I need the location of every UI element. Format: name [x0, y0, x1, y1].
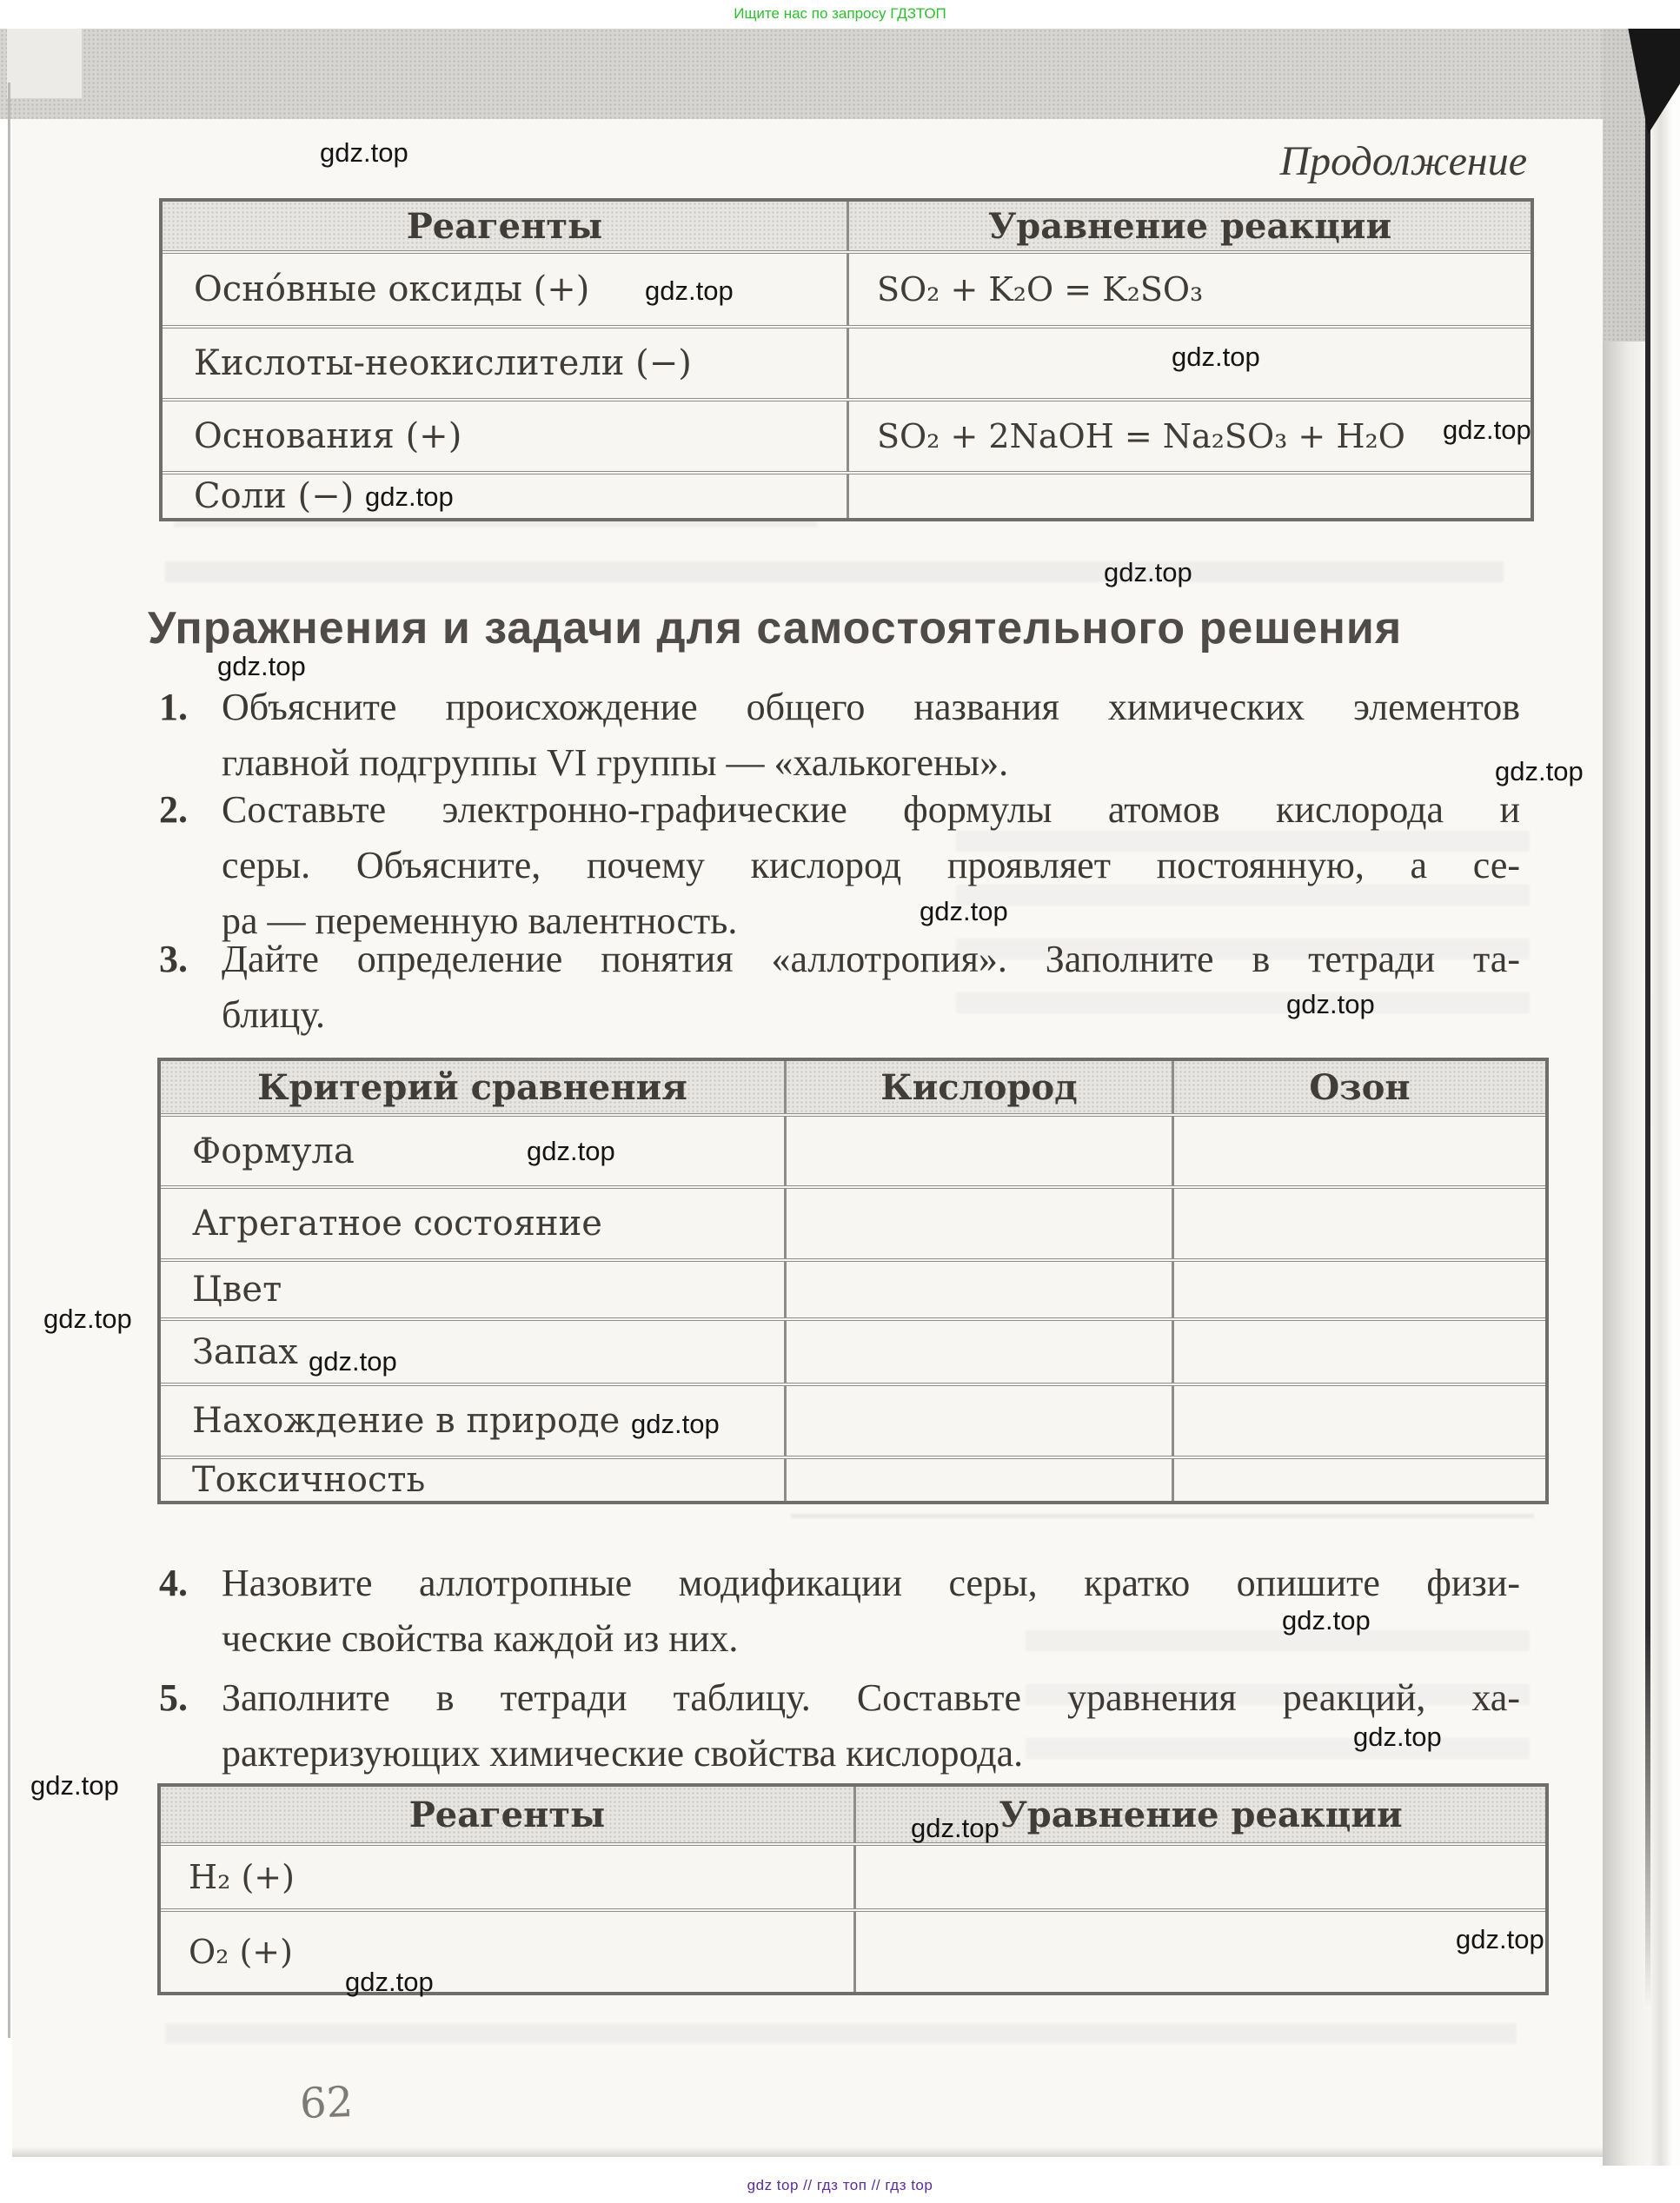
criterion-cell: Агрегатное состояние	[161, 1189, 784, 1258]
table-row: Формула	[161, 1113, 1545, 1185]
table-row: Осно́вные оксиды (+) SO₂ + K₂O = K₂SO₃	[163, 250, 1531, 325]
table-row: Нахождение в природе	[161, 1383, 1545, 1456]
exercise-text: Объясните происхождение общего названия …	[222, 680, 1520, 791]
exercise-line: Составьте электронно-графические формулы…	[222, 782, 1520, 838]
equation-cell	[847, 474, 1531, 518]
watermark: gdz.top	[43, 1304, 132, 1335]
exercise-line: Объясните происхождение общего названия …	[222, 680, 1520, 735]
exercise-item: 5. Заполните в тетради таблицу. Составьт…	[159, 1670, 1520, 1782]
criterion-cell: Цвет	[161, 1262, 784, 1317]
watermark: gdz.top	[1286, 989, 1375, 1020]
watermark: gdz.top	[1443, 415, 1531, 446]
reagent-cell: Осно́вные оксиды (+)	[163, 254, 847, 325]
watermark: gdz.top	[645, 275, 734, 307]
watermark: gdz.top	[320, 137, 408, 169]
equation-cell	[853, 1912, 1545, 1992]
exercise-line: Заполните в тетради таблицу. Составьте у…	[222, 1670, 1520, 1726]
exercise-line: Назовите аллотропные модификации серы, к…	[222, 1556, 1520, 1611]
page-left-edge-line	[8, 83, 10, 2038]
reagent-cell: O₂ (+)	[161, 1912, 853, 1992]
exercise-number: 2.	[159, 782, 188, 838]
oxygen-cell	[784, 1459, 1172, 1501]
oxygen-cell	[784, 1321, 1172, 1383]
book-spine-line	[1645, 113, 1650, 2007]
equation-cell: SO₂ + K₂O = K₂SO₃	[847, 254, 1531, 325]
column-header: Критерий сравнения	[161, 1061, 784, 1113]
watermark: gdz.top	[1104, 557, 1192, 588]
watermark: gdz.top	[345, 1967, 434, 1998]
scan-top-edge	[0, 29, 1680, 119]
watermark: gdz.top	[527, 1136, 615, 1167]
watermark: gdz.top	[1495, 756, 1584, 787]
watermark: gdz.top	[217, 651, 306, 682]
top-overlay-strip: Ищите нас по запросу ГДЗТОП	[0, 0, 1680, 29]
column-header: Реагенты	[161, 1787, 853, 1842]
ozone-cell	[1172, 1321, 1545, 1383]
exercise-text: Дайте определение понятия «аллотропия». …	[222, 932, 1520, 1043]
column-header: Кислород	[784, 1061, 1172, 1113]
exercise-text: Заполните в тетради таблицу. Составьте у…	[222, 1670, 1520, 1782]
exercise-number: 1.	[159, 680, 188, 735]
table-row: Кислоты-неокислители (−)	[163, 325, 1531, 398]
column-header: Реагенты	[163, 202, 847, 250]
watermark: gdz.top	[920, 896, 1008, 927]
bottom-overlay-strip: gdz top // гдз топ // гдз top	[0, 2166, 1680, 2203]
reagent-cell: Кислоты-неокислители (−)	[163, 328, 847, 398]
page-number: 62	[299, 2078, 354, 2128]
watermark: gdz.top	[1456, 1924, 1544, 1955]
table-header-row: Критерий сравнения Кислород Озон	[161, 1061, 1545, 1113]
equation-cell: SO₂ + 2NaOH = Na₂SO₃ + H₂O	[847, 401, 1531, 471]
exercise-number: 3.	[159, 932, 188, 987]
watermark: gdz.top	[309, 1346, 397, 1377]
watermark: gdz.top	[365, 481, 454, 513]
reagent-cell: Основания (+)	[163, 401, 847, 471]
ozone-cell	[1172, 1189, 1545, 1258]
section-heading: Упражнения и задачи для самостоятельного…	[148, 602, 1402, 654]
exercise-line: Дайте определение понятия «аллотропия». …	[222, 932, 1520, 987]
table-row: H₂ (+)	[161, 1842, 1545, 1908]
scan-top-edge-highlight	[7, 29, 82, 98]
watermark: gdz.top	[1353, 1722, 1442, 1753]
continuation-label: Продолжение	[1280, 137, 1527, 185]
reagent-cell: H₂ (+)	[161, 1846, 853, 1908]
exercise-item: 3. Дайте определение понятия «аллотропия…	[159, 932, 1520, 1043]
oxygen-reactions-table: Реагенты Уравнение реакции H₂ (+) O₂ (+)	[157, 1783, 1549, 1995]
exercise-number: 4.	[159, 1556, 188, 1611]
table-header-row: Реагенты Уравнение реакции	[161, 1787, 1545, 1842]
watermark: gdz.top	[631, 1409, 720, 1440]
oxygen-cell	[784, 1262, 1172, 1317]
watermark: gdz.top	[911, 1813, 999, 1844]
criterion-cell: Запах	[161, 1321, 784, 1383]
reagent-cell: Соли (−)	[163, 474, 847, 518]
scanned-book-page: Ищите нас по запросу ГДЗТОП Продолжение …	[0, 0, 1680, 2203]
exercise-text: Составьте электронно-графические формулы…	[222, 782, 1520, 949]
watermark: gdz.top	[1172, 342, 1260, 373]
criterion-cell: Формула	[161, 1117, 784, 1185]
table-row: Цвет	[161, 1258, 1545, 1317]
oxygen-cell	[784, 1386, 1172, 1456]
site-footer-banner: gdz top // гдз топ // гдз top	[747, 2166, 933, 2194]
exercise-line: серы. Объясните, почему кислород проявля…	[222, 838, 1520, 893]
reagents-equations-table: Реагенты Уравнение реакции Осно́вные окс…	[159, 198, 1534, 521]
criterion-cell: Токсичность	[161, 1459, 784, 1501]
exercise-number: 5.	[159, 1670, 188, 1726]
exercise-item: 1. Объясните происхождение общего назван…	[159, 680, 1520, 791]
oxygen-cell	[784, 1189, 1172, 1258]
table-row: Основания (+) SO₂ + 2NaOH = Na₂SO₃ + H₂O	[163, 398, 1531, 471]
ozone-cell	[1172, 1386, 1545, 1456]
column-header: Озон	[1172, 1061, 1545, 1113]
exercise-line: рактеризующих химические свойства кислор…	[222, 1726, 1520, 1782]
comparison-table: Критерий сравнения Кислород Озон Формула…	[157, 1058, 1549, 1504]
ozone-cell	[1172, 1459, 1545, 1501]
ozone-cell	[1172, 1117, 1545, 1185]
search-hint-banner: Ищите нас по запросу ГДЗТОП	[734, 0, 946, 23]
table-header-row: Реагенты Уравнение реакции	[163, 202, 1531, 250]
ozone-cell	[1172, 1262, 1545, 1317]
column-header: Уравнение реакции	[847, 202, 1531, 250]
exercise-item: 2. Составьте электронно-графические форм…	[159, 782, 1520, 949]
oxygen-cell	[784, 1117, 1172, 1185]
equation-cell	[853, 1846, 1545, 1908]
table-row: Токсичность	[161, 1456, 1545, 1501]
watermark: gdz.top	[30, 1770, 119, 1802]
watermark: gdz.top	[1282, 1605, 1371, 1636]
table-row: Агрегатное состояние	[161, 1185, 1545, 1258]
